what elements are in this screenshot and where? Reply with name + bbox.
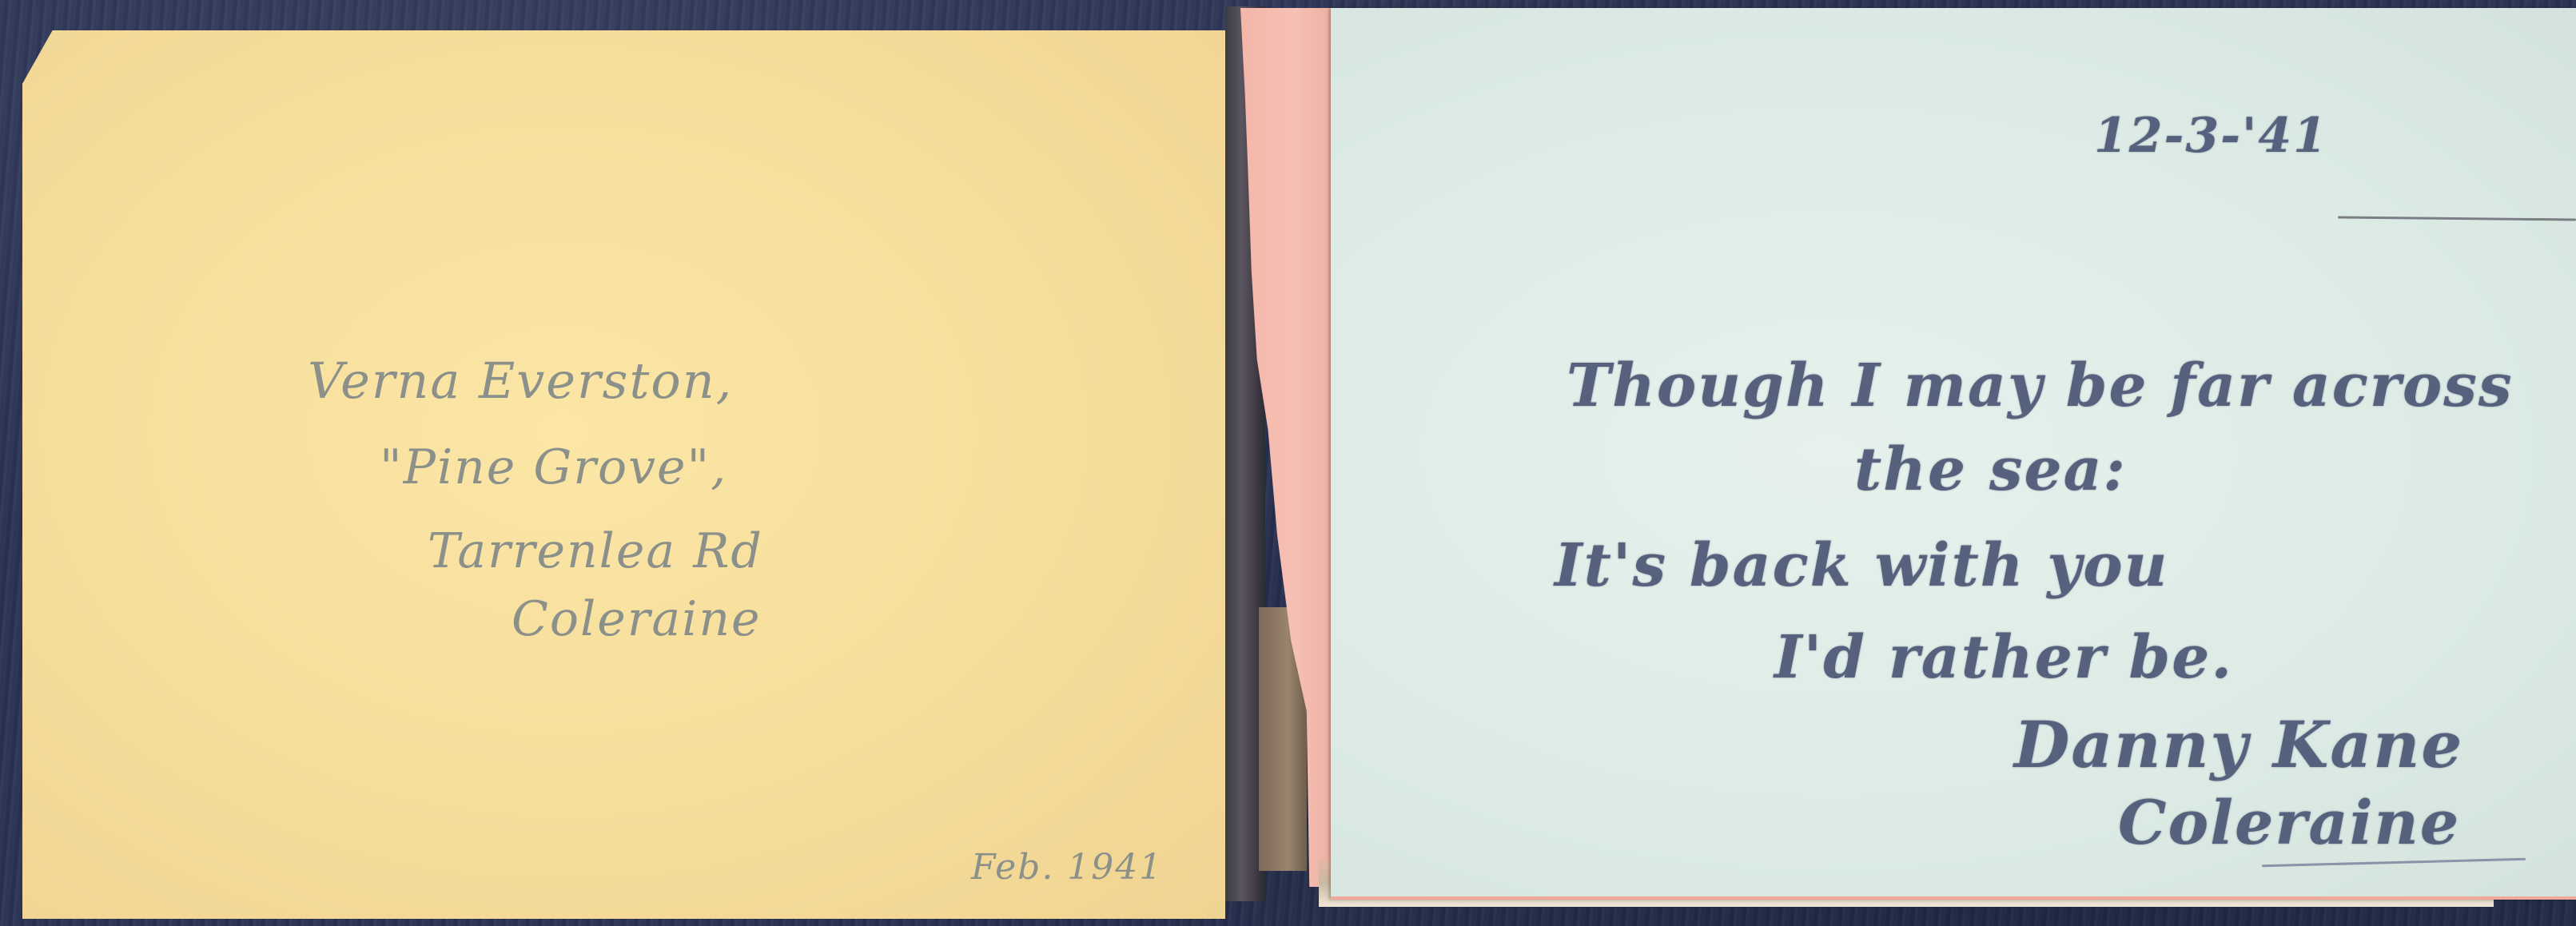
address-house: "Pine Grove", [380,439,727,495]
verse-line-2: the sea: [1854,435,2127,504]
verse-line-1: Though I may be far across [1567,352,2514,420]
verse-line-3: It's back with you [1555,531,2168,600]
address-name: Verna Everston, [308,352,733,410]
verse-line-4: I'd rather be. [1774,623,2233,692]
left-page-date: Feb. 1941 [971,847,1163,888]
right-page-date: 12-3-'41 [2094,108,2328,164]
signature-place: Coleraine [2118,787,2460,858]
address-street: Tarrenlea Rd [428,523,763,579]
address-town: Coleraine [512,591,762,647]
signature-name: Danny Kane [2014,707,2463,782]
